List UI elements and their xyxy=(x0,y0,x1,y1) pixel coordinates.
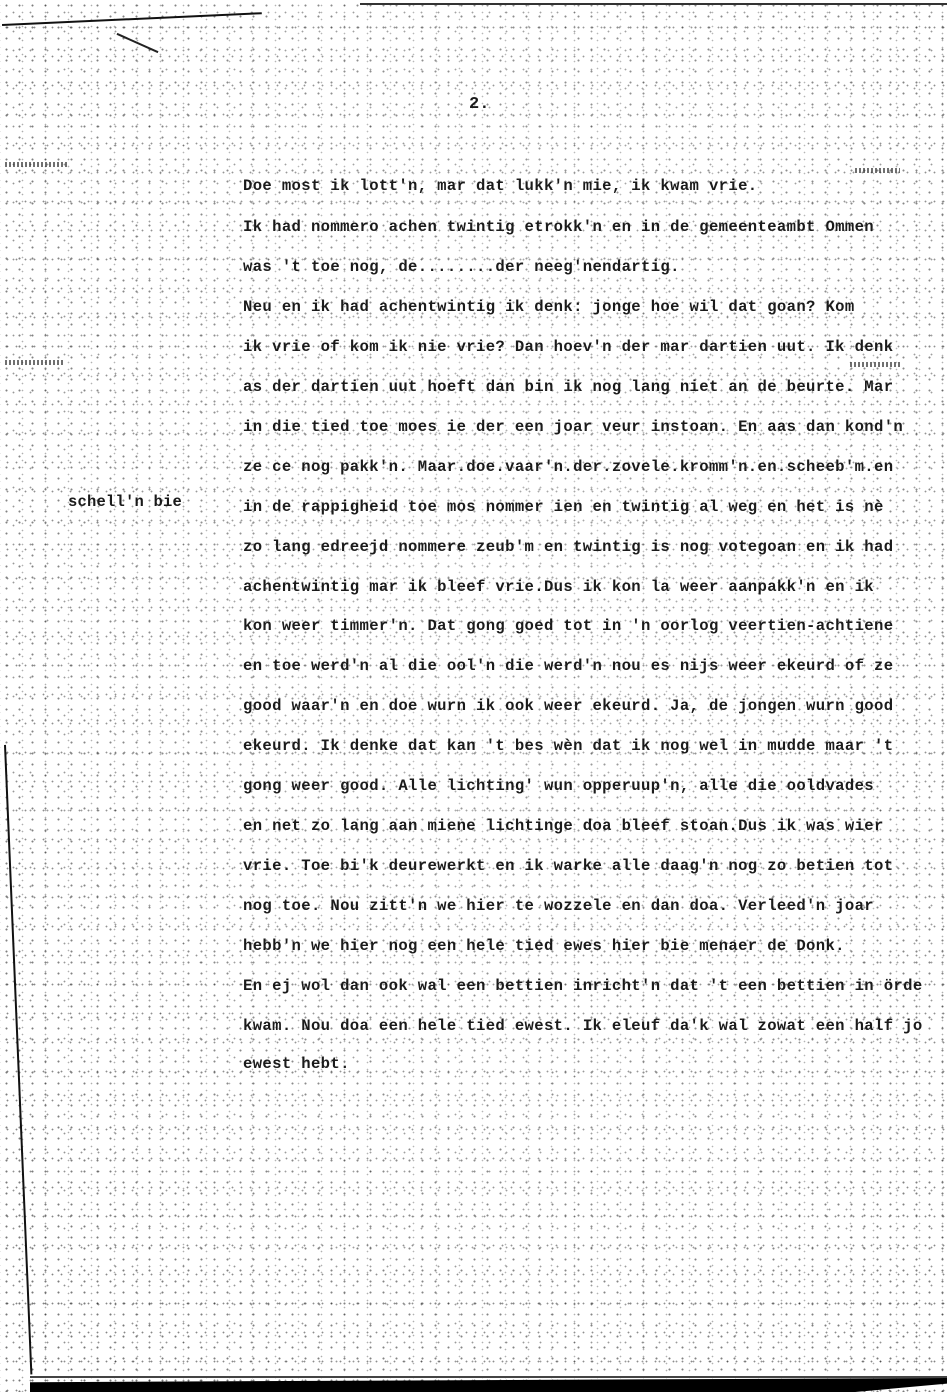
text-line: ewest hebt. xyxy=(243,1055,350,1073)
text-line: achentwintig mar ik bleef vrie.Dus ik ko… xyxy=(243,578,874,596)
paper-texture xyxy=(0,0,947,1392)
margin-smudge-mark xyxy=(5,360,65,365)
text-line: good waar'n en doe wurn ik ook weer ekeu… xyxy=(243,697,893,715)
text-line: kwam. Nou doa een hele tied ewest. Ik el… xyxy=(243,1017,923,1035)
page-edge-top xyxy=(2,12,262,26)
text-line: ze ce nog pakk'n. Maar.doe.vaar'n.der.zo… xyxy=(243,458,893,476)
margin-smudge-mark xyxy=(855,168,900,173)
text-line: Ik had nommero achen twintig etrokk'n en… xyxy=(243,218,874,236)
text-line: Doe most ik lott'n, mar dat lukk'n mie, … xyxy=(243,177,758,195)
page-edge-top-right xyxy=(360,3,947,5)
scanned-page: 2. schell'n bie Doe most ik lott'n, mar … xyxy=(0,0,947,1392)
margin-smudge-mark xyxy=(850,362,900,367)
text-line: as der dartien uut hoeft dan bin ik nog … xyxy=(243,378,893,396)
margin-note: schell'n bie xyxy=(68,493,182,511)
text-line: vrie. Toe bi'k deurewerkt en ik warke al… xyxy=(243,857,893,875)
text-line: zo lang edreejd nommere zeub'm en twinti… xyxy=(243,538,893,556)
text-line: in die tied toe moes ie der een joar veu… xyxy=(243,418,903,436)
page-edge-bottom-line xyxy=(30,1376,947,1378)
text-line: en toe werd'n al die ool'n die werd'n no… xyxy=(243,657,893,675)
text-line: was 't toe nog, de........der neeg'nenda… xyxy=(243,258,680,276)
page-number: 2. xyxy=(469,95,489,114)
page-edge-left xyxy=(4,745,32,1375)
scan-bottom-band xyxy=(30,1378,947,1392)
text-line: En ej wol dan ook wal een bettien inrich… xyxy=(243,977,923,995)
text-line: ik vrie of kom ik nie vrie? Dan hoev'n d… xyxy=(243,338,893,356)
text-line: gong weer good. Alle lichting' wun opper… xyxy=(243,777,874,795)
text-line: in de rappigheid toe mos nommer ien en t… xyxy=(243,498,884,516)
text-line: kon weer timmer'n. Dat gong goed tot in … xyxy=(243,617,893,635)
scan-scratch xyxy=(117,33,159,53)
margin-smudge-mark xyxy=(5,162,67,167)
text-line: nog toe. Nou zitt'n we hier te wozzele e… xyxy=(243,897,874,915)
text-line: ekeurd. Ik denke dat kan 't bes wèn dat … xyxy=(243,737,893,755)
text-line: hebb'n we hier nog een hele tied ewes hi… xyxy=(243,937,845,955)
text-line: Neu en ik had achentwintig ik denk: jong… xyxy=(243,298,855,316)
text-line: en net zo lang aan miene lichtinge doa b… xyxy=(243,817,884,835)
